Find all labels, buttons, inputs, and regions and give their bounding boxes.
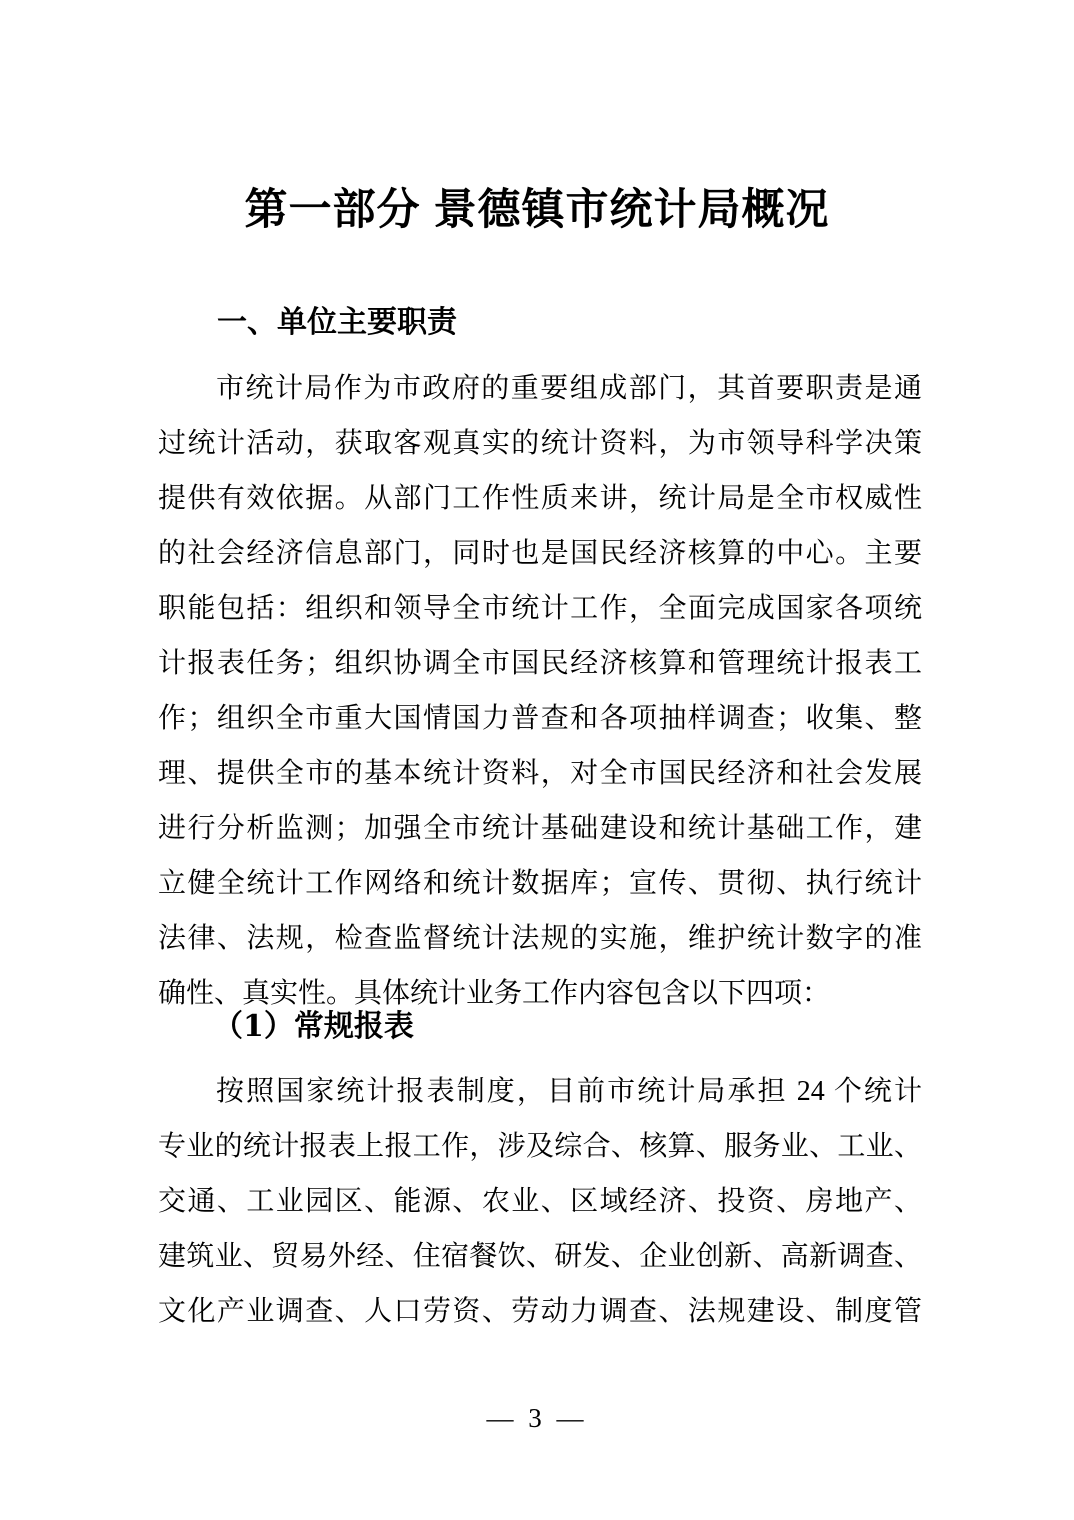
- section-heading-main-duties: 一、单位主要职责: [217, 300, 457, 345]
- text-line: 按照国家统计报表制度，目前市统计局承担 24 个统计: [158, 1064, 922, 1119]
- page-title: 第一部分 景德镇市统计局概况: [0, 180, 1074, 240]
- text-line: 的社会经济信息部门，同时也是国民经济核算的中心。主要: [158, 526, 922, 581]
- text-line: 职能包括：组织和领导全市统计工作，全面完成国家各项统: [158, 581, 922, 636]
- text-line: 文化产业调查、人口劳资、劳动力调查、法规建设、制度管: [158, 1284, 922, 1339]
- paragraph-main-duties: 市统计局作为市政府的重要组成部门，其首要职责是通过统计活动，获取客观真实的统计资…: [158, 361, 922, 1021]
- text-line: 计报表任务；组织协调全市国民经济核算和管理统计报表工: [158, 636, 922, 691]
- text-line: 建筑业、贸易外经、住宿餐饮、研发、企业创新、高新调查、: [158, 1229, 922, 1284]
- text-line: 提供有效依据。从部门工作性质来讲，统计局是全市权威性: [158, 471, 922, 526]
- text-line: 专业的统计报表上报工作，涉及综合、核算、服务业、工业、: [158, 1119, 922, 1174]
- text-line: 进行分析监测；加强全市统计基础建设和统计基础工作，建: [158, 801, 922, 856]
- text-line: 理、提供全市的基本统计资料，对全市国民经济和社会发展: [158, 746, 922, 801]
- text-line: 法律、法规，检查监督统计法规的实施，维护统计数字的准: [158, 911, 922, 966]
- text-line: 立健全统计工作网络和统计数据库；宣传、贯彻、执行统计: [158, 856, 922, 911]
- document-page: 第一部分 景德镇市统计局概况 一、单位主要职责 市统计局作为市政府的重要组成部门…: [0, 0, 1074, 1520]
- text-line: 市统计局作为市政府的重要组成部门，其首要职责是通: [158, 361, 922, 416]
- subsection-heading-regular-reports: （1）常规报表: [213, 1003, 414, 1051]
- paragraph-regular-reports: 按照国家统计报表制度，目前市统计局承担 24 个统计专业的统计报表上报工作，涉及…: [158, 1064, 922, 1339]
- text-line: 交通、工业园区、能源、农业、区域经济、投资、房地产、: [158, 1174, 922, 1229]
- text-line: 过统计活动，获取客观真实的统计资料，为市领导科学决策: [158, 416, 922, 471]
- text-line: 作；组织全市重大国情国力普查和各项抽样调查；收集、整: [158, 691, 922, 746]
- page-number: — 3 —: [0, 1400, 1074, 1436]
